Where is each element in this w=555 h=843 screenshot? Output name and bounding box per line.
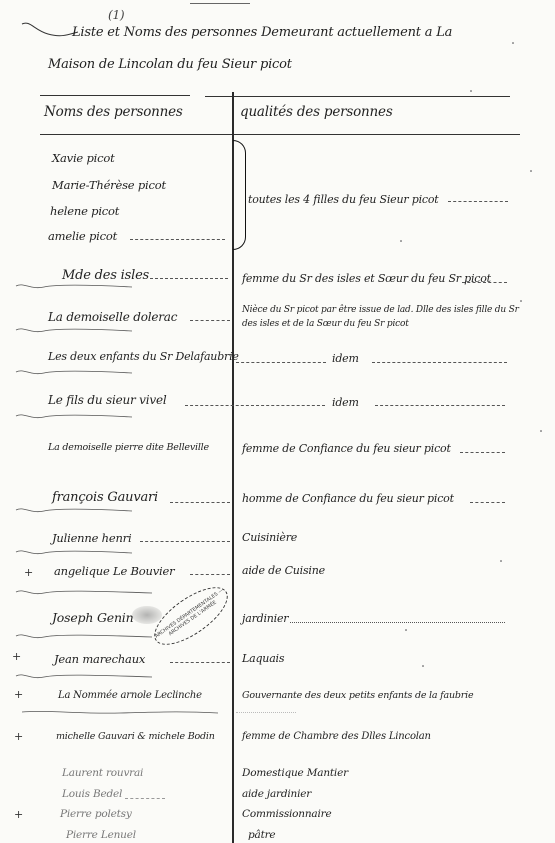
table-row-name: La Nommée arnole Leclinche — [58, 690, 202, 701]
header-rule-top-left — [40, 95, 190, 96]
grouped-name-1: Xavie picot — [52, 151, 115, 165]
paper-speckle — [422, 665, 424, 667]
margin-swash-icon — [14, 632, 154, 640]
table-row-quality-line-2: des isles et de la Sœur du feu Sr picot — [242, 319, 409, 329]
paper-speckle — [540, 430, 542, 432]
top-rule — [190, 3, 250, 4]
ink-smudge — [132, 606, 162, 624]
paper-speckle — [470, 90, 472, 92]
leader-dash — [185, 405, 325, 406]
table-row-name: La demoiselle pierre dite Belleville — [48, 442, 209, 453]
leader-dash — [130, 239, 225, 240]
header-rule-bottom — [40, 134, 520, 135]
bleed-through-line — [236, 712, 296, 713]
table-row-name: Jean marechaux — [54, 652, 145, 666]
table-row-name: Joseph Genin — [52, 610, 133, 625]
leader-dash — [140, 541, 230, 542]
page-marker: (1) — [108, 8, 124, 22]
grouped-name-3: helene picot — [50, 204, 119, 218]
leader-dash — [125, 798, 165, 799]
table-row-name: françois Gauvari — [52, 490, 158, 505]
margin-mark: + — [12, 650, 21, 663]
margin-mark: + — [24, 566, 33, 579]
column-header-names: Noms des personnes — [44, 104, 183, 120]
table-row-name: Laurent rouvrai — [62, 767, 143, 779]
title-flourish-icon — [20, 20, 80, 38]
paper-speckle — [512, 42, 514, 44]
leader-dash — [190, 320, 230, 321]
leader-dash — [462, 282, 507, 283]
leader-dash — [190, 574, 230, 575]
grouped-name-2: Marie-Thérèse picot — [52, 178, 166, 192]
table-row-name: Les deux enfants du Sr Delafaubrie — [48, 350, 239, 363]
table-row-quality: idem — [332, 352, 359, 365]
table-row-name: Le fils du sieur vivel — [48, 393, 167, 407]
margin-swash-icon — [14, 506, 134, 514]
table-row-quality: idem — [332, 396, 359, 409]
table-row-quality: aide jardinier — [242, 788, 311, 800]
title-line-2: Maison de Lincolan du feu Sieur picot — [48, 57, 292, 72]
margin-swash-icon — [14, 326, 134, 334]
table-row-quality: Domestique Mantier — [242, 767, 348, 779]
table-row-name: Pierre Lenuel — [66, 829, 136, 841]
header-rule-top — [205, 96, 510, 97]
margin-mark: + — [14, 808, 23, 821]
margin-mark: + — [14, 688, 23, 701]
table-row-quality: Laquais — [242, 652, 284, 665]
grouping-brace — [233, 140, 246, 250]
table-row-name: angelique Le Bouvier — [54, 564, 174, 578]
leader-dash — [460, 452, 505, 453]
margin-swash-icon — [14, 368, 134, 376]
table-row-name: La demoiselle dolerac — [48, 310, 177, 324]
table-row-name: Julienne henri — [52, 531, 131, 545]
leader-dash — [372, 362, 507, 363]
table-row-quality: Gouvernante des deux petits enfants de l… — [242, 690, 473, 701]
margin-swash-icon — [14, 282, 134, 290]
manuscript-page: (1) Liste et Noms des personnes Demeuran… — [0, 0, 555, 843]
margin-swash-icon — [14, 672, 154, 680]
table-row-name: Louis Bedel — [62, 788, 122, 800]
grouped-quality: toutes les 4 filles du feu Sieur picot — [248, 193, 439, 206]
title-line-1: Liste et Noms des personnes Demeurant ac… — [72, 25, 452, 40]
paper-speckle — [520, 300, 522, 302]
table-row-quality: femme de Confiance du feu sieur picot — [242, 442, 451, 455]
leader-dash — [170, 502, 230, 503]
table-row-quality: aide de Cuisine — [242, 564, 325, 577]
margin-swash-icon — [14, 588, 154, 596]
leader-dash — [470, 502, 505, 503]
table-row-name: michelle Gauvari & michele Bodin — [56, 731, 215, 742]
leader-dash — [290, 622, 505, 623]
paper-speckle — [405, 629, 407, 631]
table-row-quality: Commissionnaire — [242, 808, 331, 820]
margin-swash-icon — [20, 708, 220, 716]
leader-dash — [236, 362, 326, 363]
table-row-name: Mde des isles — [62, 268, 149, 283]
paper-speckle — [400, 240, 402, 242]
table-row-quality: pâtre — [248, 829, 275, 841]
table-row-quality: homme de Confiance du feu sieur picot — [242, 492, 454, 505]
table-row-quality-line-1: Nièce du Sr picot par être issue de lad.… — [242, 305, 519, 315]
table-row-quality: femme de Chambre des Dlles Lincolan — [242, 731, 431, 742]
leader-dash — [170, 662, 230, 663]
table-row-name: Pierre poletsy — [60, 808, 132, 820]
margin-mark: + — [14, 730, 23, 743]
column-header-qualities: qualités des personnes — [240, 104, 393, 120]
margin-swash-icon — [14, 412, 134, 420]
table-row-quality: jardinier — [242, 612, 288, 625]
leader-dash — [150, 278, 228, 279]
table-row-quality: Cuisinière — [242, 531, 297, 544]
leader-dash — [375, 405, 505, 406]
leader-dash — [448, 201, 508, 202]
paper-speckle — [530, 170, 532, 172]
margin-swash-icon — [14, 548, 134, 556]
paper-speckle — [500, 560, 502, 562]
table-row-quality: femme du Sr des isles et Sœur du feu Sr … — [242, 272, 491, 285]
grouped-name-4: amelie picot — [48, 229, 117, 243]
